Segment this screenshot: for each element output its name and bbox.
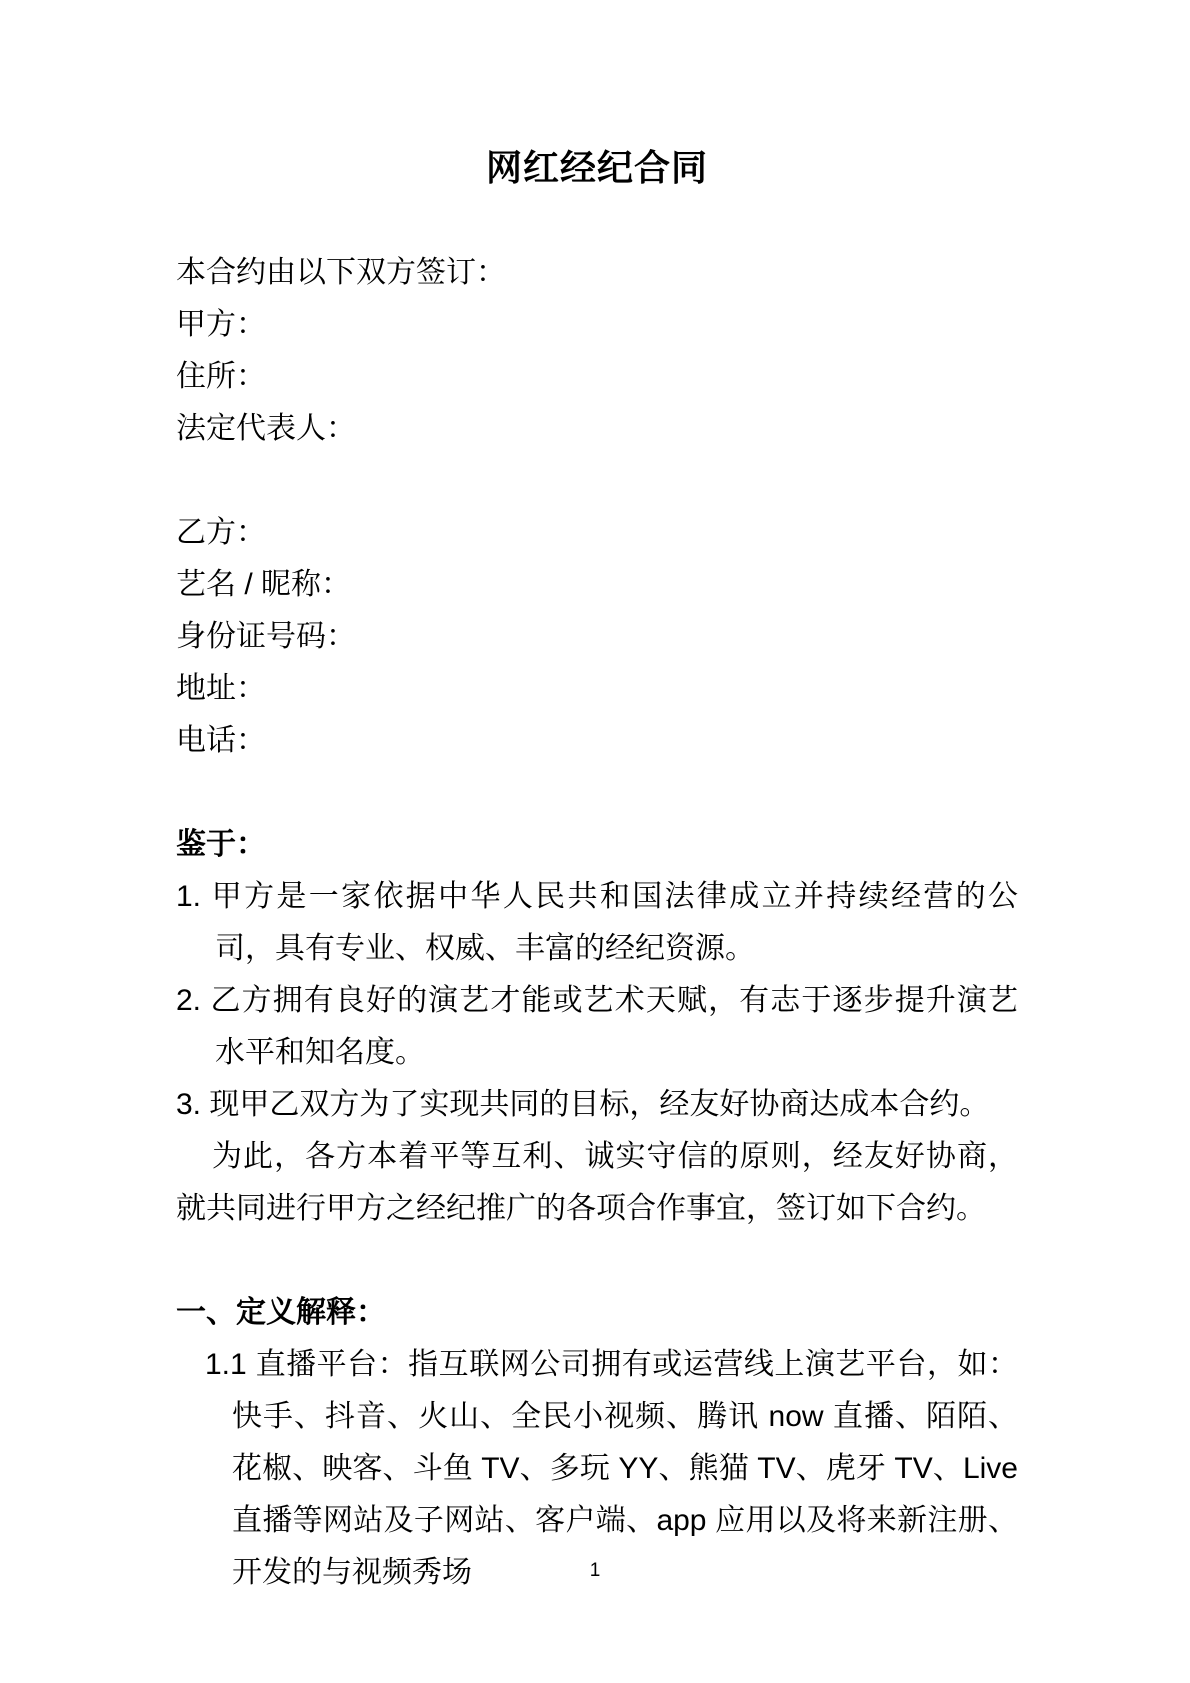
page-number: 1 <box>0 1559 1190 1583</box>
whereas-item-2: 2. 乙方拥有良好的演艺才能或艺术天赋，有志于逐步提升演艺水平和知名度。 <box>176 975 1018 1079</box>
whereas-item-1-number: 1. <box>176 880 201 913</box>
party-b-id-number-label: 身份证号码： <box>176 611 1018 663</box>
document-title: 网红经纪合同 <box>176 142 1018 194</box>
clause-1-1-number: 1.1 <box>205 1348 247 1381</box>
whereas-item-2-text: 乙方拥有良好的演艺才能或艺术天赋，有志于逐步提升演艺水平和知名度。 <box>210 984 1018 1069</box>
whereas-item-3-text: 现甲乙双方为了实现共同的目标，经友好协商达成本合约。 <box>209 1088 989 1121</box>
party-a-residence-label: 住所： <box>176 351 1018 403</box>
clause-1-1-text: 直播平台：指互联网公司拥有或运营线上演艺平台，如：快手、抖音、火山、全民小视频、… <box>232 1348 1018 1589</box>
whereas-closing: 为此，各方本着平等互利、诚实守信的原则，经友好协商，就共同进行甲方之经纪推广的各… <box>176 1131 1018 1235</box>
blank-line <box>176 455 1018 507</box>
party-b-stage-name-label: 艺名 / 昵称： <box>176 559 1018 611</box>
preamble-intro: 本合约由以下双方签订： <box>176 247 1018 299</box>
contract-page: 网红经纪合同 本合约由以下双方签订： 甲方： 住所： 法定代表人： 乙方： 艺名… <box>0 0 1190 1683</box>
whereas-item-2-number: 2. <box>176 984 201 1017</box>
whereas-heading: 鉴于： <box>176 819 1018 871</box>
whereas-item-3: 3. 现甲乙双方为了实现共同的目标，经友好协商达成本合约。 <box>176 1079 1018 1131</box>
page-content: 网红经纪合同 本合约由以下双方签订： 甲方： 住所： 法定代表人： 乙方： 艺名… <box>0 0 1190 1599</box>
party-b-phone-label: 电话： <box>176 715 1018 767</box>
party-a-name-label: 甲方： <box>176 299 1018 351</box>
blank-line <box>176 1235 1018 1287</box>
party-b-address-label: 地址： <box>176 663 1018 715</box>
whereas-item-3-number: 3. <box>176 1088 201 1121</box>
blank-line <box>176 767 1018 819</box>
section-1-heading: 一、定义解释： <box>176 1287 1018 1339</box>
whereas-item-1: 1. 甲方是一家依据中华人民共和国法律成立并持续经营的公司，具有专业、权威、丰富… <box>176 871 1018 975</box>
party-b-name-label: 乙方： <box>176 507 1018 559</box>
party-a-legal-representative-label: 法定代表人： <box>176 403 1018 455</box>
whereas-item-1-text: 甲方是一家依据中华人民共和国法律成立并持续经营的公司，具有专业、权威、丰富的经纪… <box>212 880 1018 965</box>
